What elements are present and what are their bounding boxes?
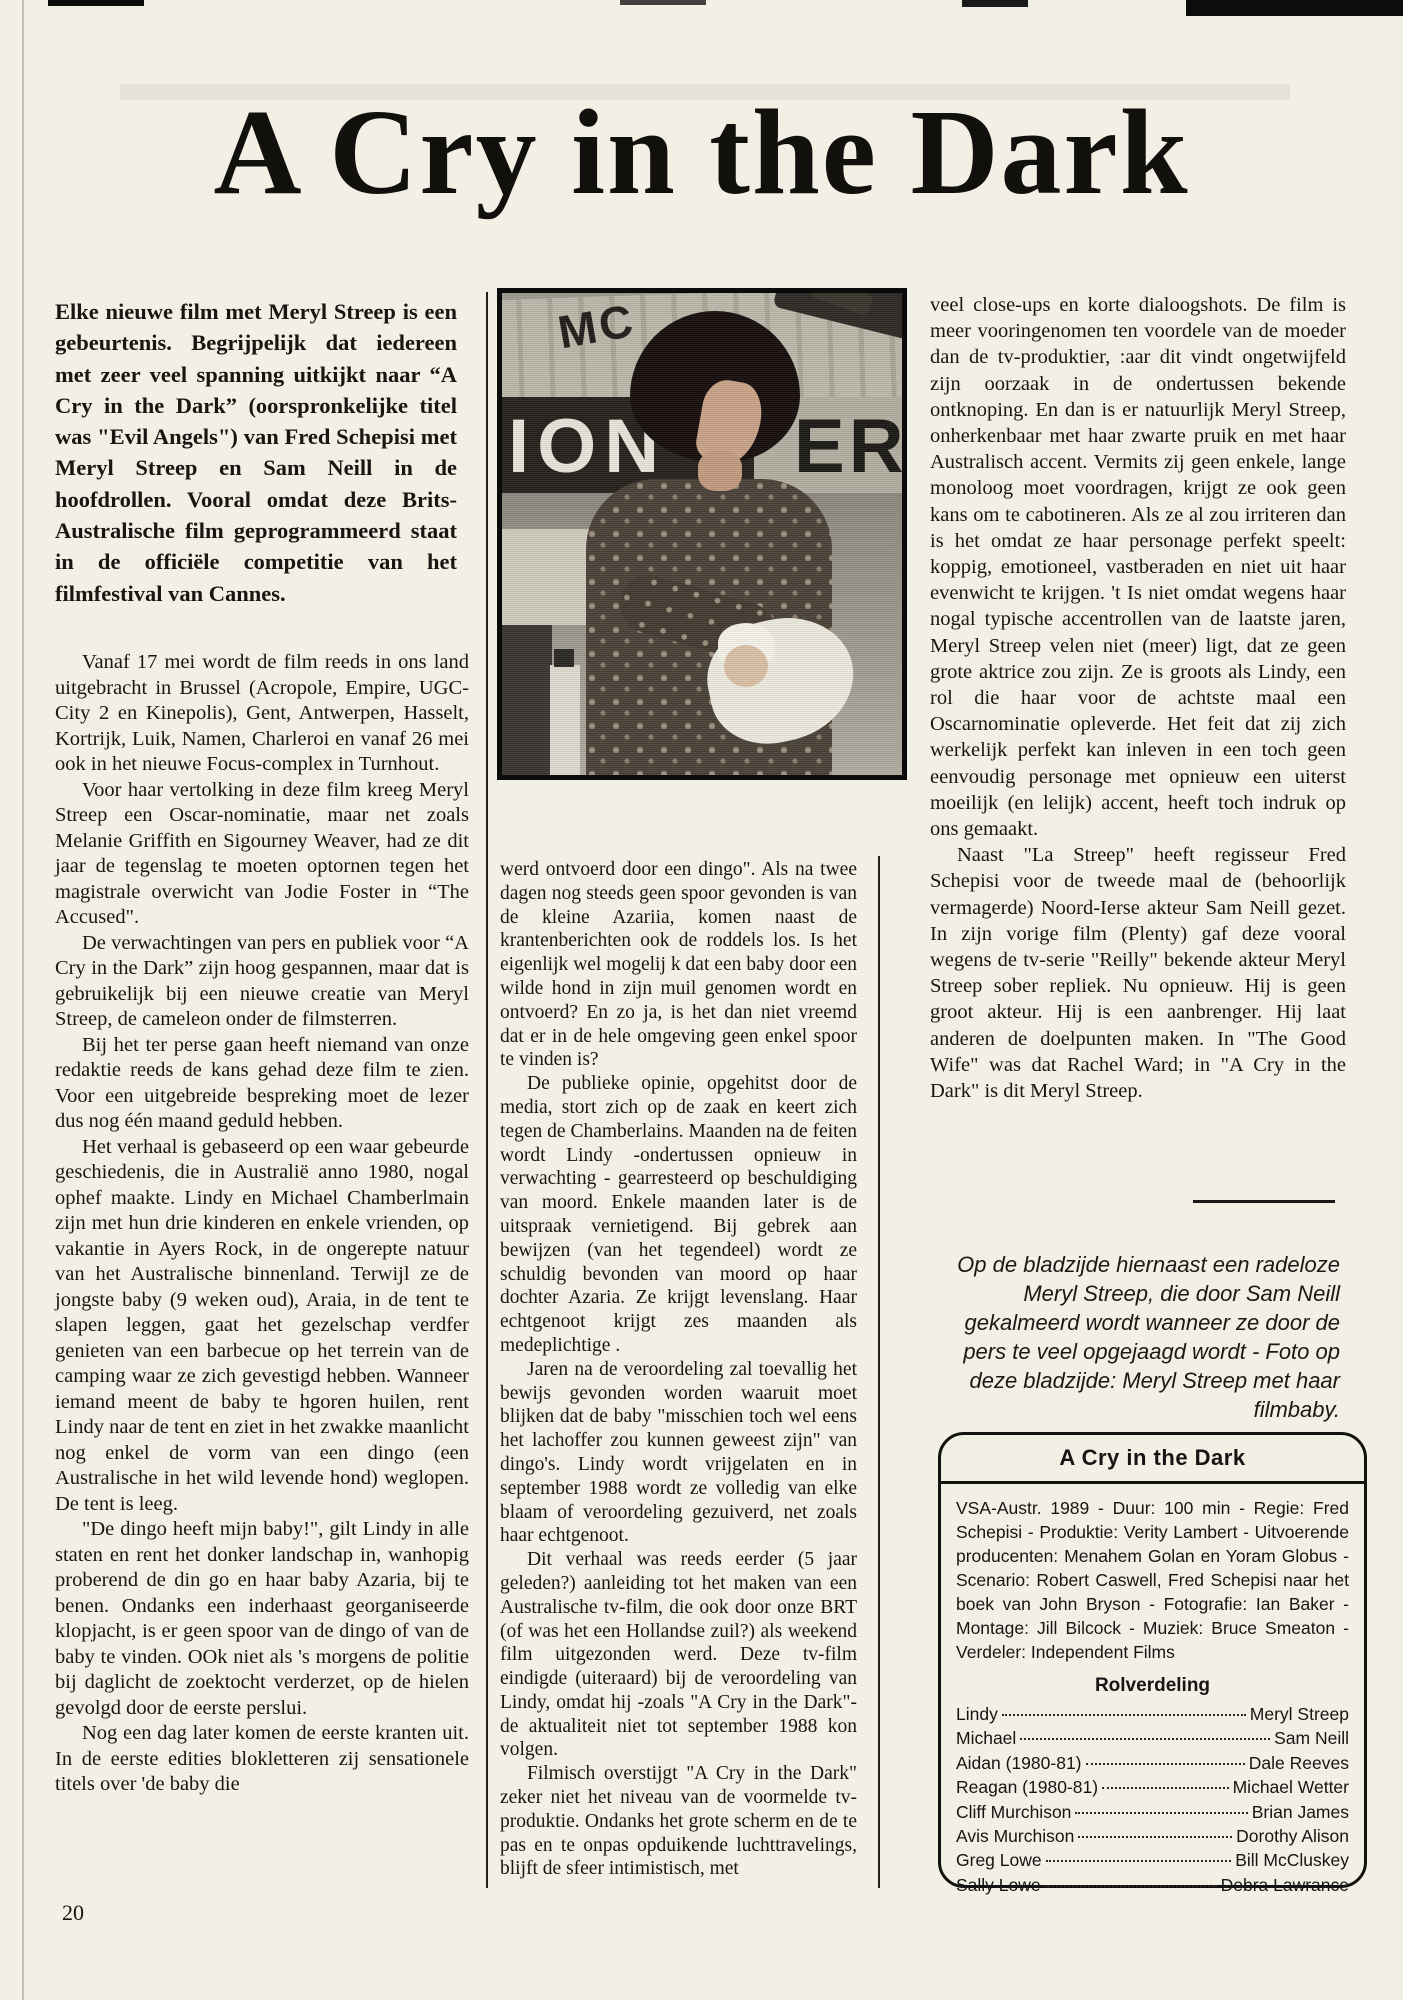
article-paragraph: Jaren na de veroordeling zal toevallig h… xyxy=(500,1358,857,1548)
article-paragraph: Vanaf 17 mei wordt de film reeds in ons … xyxy=(55,650,469,778)
dotted-leader xyxy=(1002,1714,1246,1716)
photo-caption: Op de bladzijde hiernaast een radeloze M… xyxy=(928,1250,1340,1424)
scan-mark xyxy=(620,0,706,5)
cast-actor: Dorothy Alison xyxy=(1236,1824,1349,1848)
article-paragraph: Voor haar vertolking in deze film kreeg … xyxy=(55,778,469,931)
scan-mark xyxy=(962,0,1028,7)
cast-actor: Meryl Streep xyxy=(1250,1702,1349,1726)
cast-row: Lindy Meryl Streep xyxy=(956,1702,1349,1726)
cast-role: Michael xyxy=(956,1726,1016,1750)
info-box-title: A Cry in the Dark xyxy=(941,1435,1364,1484)
article-paragraph: Bij het ter perse gaan heeft niemand van… xyxy=(55,1033,469,1135)
photo-halftone-grain xyxy=(502,293,902,775)
page-number: 20 xyxy=(62,1900,84,1926)
cast-actor: Dale Reeves xyxy=(1249,1751,1349,1775)
scan-edge xyxy=(22,0,24,2000)
column-divider xyxy=(486,292,488,1888)
dotted-leader xyxy=(1078,1836,1232,1838)
article-lead: Elke nieuwe film met Meryl Streep is een… xyxy=(55,296,457,609)
article-paragraph: Nog een dag later komen de eerste krante… xyxy=(55,1721,469,1798)
cast-heading: Rolverdeling xyxy=(941,1675,1364,1697)
cast-actor: Michael Wetter xyxy=(1233,1775,1349,1799)
film-info-box: A Cry in the Dark VSA-Austr. 1989 - Duur… xyxy=(938,1432,1367,1888)
cast-role: Greg Lowe xyxy=(956,1848,1042,1872)
cast-actor: Brian James xyxy=(1252,1800,1349,1824)
cast-role: Avis Murchison xyxy=(956,1824,1074,1848)
caption-divider xyxy=(1193,1200,1335,1203)
cast-role: Cliff Murchison xyxy=(956,1800,1071,1824)
dotted-leader xyxy=(1086,1763,1245,1765)
cast-list: Lindy Meryl Streep Michael Sam Neill Aid… xyxy=(941,1697,1364,1897)
cast-row: Michael Sam Neill xyxy=(956,1726,1349,1750)
column-divider xyxy=(878,856,880,1888)
cast-role: Lindy xyxy=(956,1702,998,1726)
cast-actor: Bill McCluskey xyxy=(1235,1848,1349,1872)
scan-mark xyxy=(48,0,144,6)
cast-row: Avis Murchison Dorothy Alison xyxy=(956,1824,1349,1848)
cast-row: Greg Lowe Bill McCluskey xyxy=(956,1848,1349,1872)
dotted-leader xyxy=(1020,1738,1270,1740)
magazine-page: A Cry in the Dark Elke nieuwe film met M… xyxy=(0,0,1403,2000)
dotted-leader xyxy=(1075,1812,1247,1814)
article-headline: A Cry in the Dark xyxy=(0,92,1403,214)
article-paragraph: werd ontvoerd door een dingo". Als na tw… xyxy=(500,858,857,1072)
cast-role: Reagan (1980-81) xyxy=(956,1775,1098,1799)
cast-row: Aidan (1980-81) Dale Reeves xyxy=(956,1751,1349,1775)
left-column: Vanaf 17 mei wordt de film reeds in ons … xyxy=(55,650,469,1798)
cast-actor: Debra Lawrance xyxy=(1221,1873,1349,1897)
photo-meryl-streep-with-baby: MC ION ER xyxy=(497,288,907,780)
article-paragraph: Dit verhaal was reeds eerder (5 jaar gel… xyxy=(500,1548,857,1762)
cast-row: Reagan (1980-81) Michael Wetter xyxy=(956,1775,1349,1799)
article-paragraph: De publieke opinie, opgehitst door de me… xyxy=(500,1072,857,1358)
middle-column: werd ontvoerd door een dingo". Als na tw… xyxy=(500,858,857,1881)
cast-actor: Sam Neill xyxy=(1274,1726,1349,1750)
dotted-leader xyxy=(1046,1860,1232,1862)
article-paragraph: Filmisch overstijgt "A Cry in the Dark" … xyxy=(500,1762,857,1881)
cast-row: Sally Lowe Debra Lawrance xyxy=(956,1873,1349,1897)
cast-role: Sally Lowe xyxy=(956,1873,1041,1897)
article-paragraph: Naast "La Streep" heeft regisseur Fred S… xyxy=(930,842,1346,1104)
dotted-leader xyxy=(1045,1885,1217,1887)
article-paragraph: veel close-ups en korte dialoogshots. De… xyxy=(930,292,1346,842)
scan-mark xyxy=(1186,0,1403,16)
right-column: veel close-ups en korte dialoogshots. De… xyxy=(930,292,1346,1104)
cast-role: Aidan (1980-81) xyxy=(956,1751,1082,1775)
article-paragraph: "De dingo heeft mijn baby!", gilt Lindy … xyxy=(55,1517,469,1721)
dotted-leader xyxy=(1102,1787,1229,1789)
film-credits: VSA-Austr. 1989 - Duur: 100 min - Regie:… xyxy=(941,1484,1364,1664)
article-paragraph: De verwachtingen van pers en publiek voo… xyxy=(55,931,469,1033)
article-paragraph: Het verhaal is gebaseerd op een waar geb… xyxy=(55,1135,469,1518)
cast-row: Cliff Murchison Brian James xyxy=(956,1800,1349,1824)
